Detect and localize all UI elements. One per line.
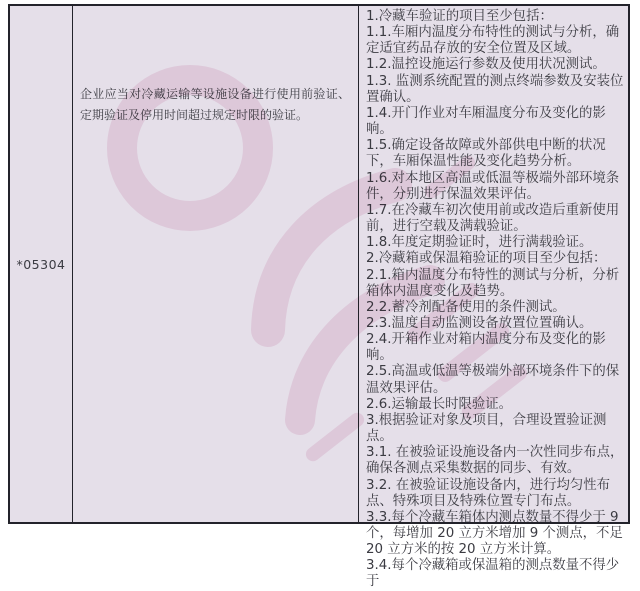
validation-item: 1.1.车厢内温度分布特性的测试与分析，确定适宜药品存放的安全位置及区域。 [366, 25, 627, 57]
validation-item: 2.5.高温或低温等极端外部环境条件下的保温效果评估。 [366, 364, 627, 396]
validation-item: 2.6.运输最长时限验证。 [366, 397, 627, 413]
validation-requirements-table: *05304 企业应当对冷藏运输等设施设备进行使用前验证、定期验证及停用时间超过… [8, 4, 630, 524]
validation-item: 2.2.蓄冷剂配备使用的条件测试。 [366, 300, 627, 316]
validation-item: 2.3.温度自动监测设备放置位置确认。 [366, 316, 627, 332]
validation-item: 1.5.确定设备故障或外部供电中断的状况下，车厢保温性能及变化趋势分析。 [366, 138, 627, 170]
validation-item: 3.1. 在被验证设施设备内一次性同步布点，确保各测点采集数据的同步、有效。 [366, 445, 627, 477]
validation-item: 2.4.开箱作业对箱内温度分布及变化的影响。 [366, 332, 627, 364]
item-code: *05304 [16, 257, 65, 272]
requirement-cell: 企业应当对冷藏运输等设施设备进行使用前验证、定期验证及停用时间超过规定时限的验证… [73, 6, 359, 522]
validation-item: 1.7.在冷藏车初次使用前或改造后重新使用前，进行空载及满载验证。 [366, 203, 627, 235]
validation-item: 1.2.温控设施运行参数及使用状况测试。 [366, 57, 627, 73]
validation-item: 2.1.箱内温度分布特性的测试与分析，分析箱体内温度变化及趋势。 [366, 268, 627, 300]
validation-item: 1.3. 监测系统配置的测点终端参数及安装位置确认。 [366, 74, 627, 106]
validation-item: 3.根据验证对象及项目，合理设置验证测点。 [366, 413, 627, 445]
validation-item: 1.6.对本地区高温或低温等极端外部环境条件，分别进行保温效果评估。 [366, 171, 627, 203]
validation-item: 1.冷藏车验证的项目至少包括： [366, 9, 627, 25]
validation-item: 1.8.年度定期验证时，进行满载验证。 [366, 235, 627, 251]
validation-item: 3.2. 在被验证设施设备内，进行均匀性布点、特殊项目及特殊位置专门布点。 [366, 478, 627, 510]
validation-item: 1.4.开门作业对车厢温度分布及变化的影响。 [366, 106, 627, 138]
validation-item: 2.冷藏箱或保温箱验证的项目至少包括： [366, 251, 627, 267]
validation-items-cell: 1.冷藏车验证的项目至少包括：1.1.车厢内温度分布特性的测试与分析，确定适宜药… [359, 6, 628, 522]
validation-item: 3.3.每个冷藏车箱体内测点数量不得少于 9 个，每增加 20 立方米增加 9 … [366, 510, 627, 532]
item-code-cell: *05304 [10, 6, 73, 522]
